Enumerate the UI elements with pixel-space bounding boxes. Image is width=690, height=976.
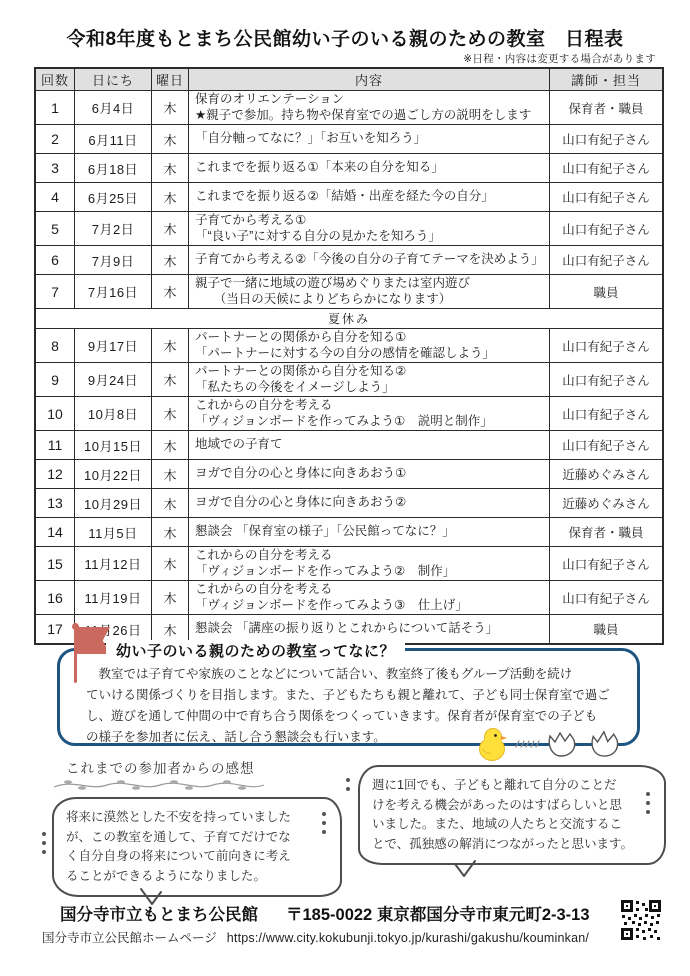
session-number: 9 xyxy=(35,363,75,397)
session-date: 10月22日 xyxy=(75,460,152,489)
session-weekday: 木 xyxy=(152,397,189,431)
session-date: 6月18日 xyxy=(75,154,152,183)
session-date: 9月17日 xyxy=(75,329,152,363)
flag-icon xyxy=(74,627,77,683)
table-row: 1611月19日木これからの自分を考える 「ヴィジョンボードを作ってみよう③ 仕… xyxy=(35,581,663,615)
session-date: 6月25日 xyxy=(75,183,152,212)
session-content: 地域での子育て xyxy=(189,431,550,460)
session-content: 子育てから考える① 「“良い子”に対する自分の見かたを知ろう」 xyxy=(189,212,550,246)
session-weekday: 木 xyxy=(152,246,189,275)
table-row: 36月18日木これまでを振り返る①「本来の自分を知る」山口有紀子さん xyxy=(35,154,663,183)
bubble-dots xyxy=(646,792,650,814)
session-content: 子育てから考える②「今後の自分の子育てテーマを決めよう」 xyxy=(189,246,550,275)
session-number: 13 xyxy=(35,489,75,518)
footer-homepage-line: 国分寺市立公民館ホームページhttps://www.city.kokubunji… xyxy=(42,928,589,946)
session-teacher: 保育者・職員 xyxy=(550,91,664,125)
table-row: 1210月22日木ヨガで自分の心と身体に向きあおう①近藤めぐみさん xyxy=(35,460,663,489)
session-content: 懇談会 「保育室の様子」「公民館ってなに？」 xyxy=(189,518,550,547)
session-content: 「自分軸ってなに？」「お互いを知ろう」 xyxy=(189,125,550,154)
table-header-row: 回数 日にち 曜日 内容 講師・担当 xyxy=(35,68,663,91)
session-teacher: 山口有紀子さん xyxy=(550,154,664,183)
table-row: 1110月15日木地域での子育て山口有紀子さん xyxy=(35,431,663,460)
table-row: 57月2日木子育てから考える① 「“良い子”に対する自分の見かたを知ろう」山口有… xyxy=(35,212,663,246)
chick-footprints-icon xyxy=(515,739,541,749)
session-content: 保育のオリエンテーション ★親子で参加。持ち物や保育室での過ごし方の説明をします xyxy=(189,91,550,125)
schedule-table: 回数 日にち 曜日 内容 講師・担当 16月4日木保育のオリエンテーション ★親… xyxy=(34,67,664,645)
summer-break-row: 夏休み xyxy=(35,309,663,329)
table-row: 46月25日木これまでを振り返る②「結婚・出産を経た今の自分」山口有紀子さん xyxy=(35,183,663,212)
eggshell-icon xyxy=(546,724,628,758)
schedule-change-note: ※日程・内容は変更する場合があります xyxy=(463,51,656,66)
session-weekday: 木 xyxy=(152,91,189,125)
session-weekday: 木 xyxy=(152,431,189,460)
session-teacher: 近藤めぐみさん xyxy=(550,460,664,489)
session-teacher: 山口有紀子さん xyxy=(550,547,664,581)
table-row: 1411月5日木懇談会 「保育室の様子」「公民館ってなに？」保育者・職員 xyxy=(35,518,663,547)
session-number: 12 xyxy=(35,460,75,489)
session-content: ヨガで自分の心と身体に向きあおう① xyxy=(189,460,550,489)
schedule-table-body: 16月4日木保育のオリエンテーション ★親子で参加。持ち物や保育室での過ごし方の… xyxy=(35,91,663,645)
session-teacher: 山口有紀子さん xyxy=(550,246,664,275)
bubble-dots xyxy=(322,812,326,834)
session-number: 6 xyxy=(35,246,75,275)
session-weekday: 木 xyxy=(152,547,189,581)
vine-decoration xyxy=(52,776,267,794)
session-number: 14 xyxy=(35,518,75,547)
session-date: 10月29日 xyxy=(75,489,152,518)
session-content: これからの自分を考える 「ヴィジョンボードを作ってみよう① 説明と制作」 xyxy=(189,397,550,431)
testimonials-heading: これまでの参加者からの感想 xyxy=(66,757,255,777)
facility-address: 〒185-0022 東京都国分寺市東元町2-3-13 xyxy=(286,906,590,924)
session-content: ヨガで自分の心と身体に向きあおう② xyxy=(189,489,550,518)
chick-icon xyxy=(478,727,510,761)
session-date: 11月19日 xyxy=(75,581,152,615)
session-weekday: 木 xyxy=(152,329,189,363)
session-content: パートナーとの関係から自分を知る① 「パートナーに対する今の自分の感情を確認しよ… xyxy=(189,329,550,363)
bubble-dots xyxy=(42,832,46,854)
session-weekday: 木 xyxy=(152,154,189,183)
session-weekday: 木 xyxy=(152,275,189,309)
session-number: 16 xyxy=(35,581,75,615)
session-date: 7月16日 xyxy=(75,275,152,309)
session-number: 8 xyxy=(35,329,75,363)
header-count: 回数 xyxy=(35,68,75,91)
table-row: 99月24日木パートナーとの関係から自分を知る② 「私たちの今後をイメージしよう… xyxy=(35,363,663,397)
session-date: 9月24日 xyxy=(75,363,152,397)
session-weekday: 木 xyxy=(152,363,189,397)
about-box: 幼い子のいる親のための教室ってなに？ 教室では子育てや家族のことなどについて話合… xyxy=(57,648,640,746)
session-date: 11月12日 xyxy=(75,547,152,581)
session-weekday: 木 xyxy=(152,212,189,246)
session-weekday: 木 xyxy=(152,518,189,547)
bubble-dots xyxy=(346,778,350,791)
header-teacher: 講師・担当 xyxy=(550,68,664,91)
session-teacher: 山口有紀子さん xyxy=(550,125,664,154)
session-number: 4 xyxy=(35,183,75,212)
session-date: 7月9日 xyxy=(75,246,152,275)
session-teacher: 保育者・職員 xyxy=(550,518,664,547)
header-content: 内容 xyxy=(189,68,550,91)
page-title: 令和8年度もとまち公民館幼い子のいる親のための教室 日程表 xyxy=(0,24,690,51)
session-weekday: 木 xyxy=(152,489,189,518)
session-number: 15 xyxy=(35,547,75,581)
homepage-url: https://www.city.kokubunji.tokyo.jp/kura… xyxy=(227,931,589,945)
summer-break-label: 夏休み xyxy=(35,309,663,329)
session-date: 6月4日 xyxy=(75,91,152,125)
session-content: 親子で一緒に地域の遊び場めぐりまたは室内遊び （当日の天候によりどちらかになりま… xyxy=(189,275,550,309)
session-number: 3 xyxy=(35,154,75,183)
session-date: 7月2日 xyxy=(75,212,152,246)
session-content: これからの自分を考える 「ヴィジョンボードを作ってみよう② 制作」 xyxy=(189,547,550,581)
session-weekday: 木 xyxy=(152,183,189,212)
table-row: 1010月8日木これからの自分を考える 「ヴィジョンボードを作ってみよう① 説明… xyxy=(35,397,663,431)
session-number: 1 xyxy=(35,91,75,125)
session-teacher: 山口有紀子さん xyxy=(550,183,664,212)
session-date: 6月11日 xyxy=(75,125,152,154)
session-content: これからの自分を考える 「ヴィジョンボードを作ってみよう③ 仕上げ」 xyxy=(189,581,550,615)
header-weekday: 曜日 xyxy=(152,68,189,91)
qr-code xyxy=(620,899,662,941)
session-teacher: 山口有紀子さん xyxy=(550,329,664,363)
header-date: 日にち xyxy=(75,68,152,91)
footer-facility-line: 国分寺市立もとまち公民館〒185-0022 東京都国分寺市東元町2-3-13 xyxy=(60,901,590,925)
session-number: 11 xyxy=(35,431,75,460)
testimonial-bubble-2: 週に1回でも、子どもと離れて自分のことだ けを考える機会があったのはすばらしいと… xyxy=(358,765,666,865)
bubble-tail-right xyxy=(452,858,478,880)
session-teacher: 山口有紀子さん xyxy=(550,431,664,460)
session-teacher: 山口有紀子さん xyxy=(550,397,664,431)
session-teacher: 職員 xyxy=(550,275,664,309)
facility-name: 国分寺市立もとまち公民館 xyxy=(60,906,258,924)
table-row: 67月9日木子育てから考える②「今後の自分の子育てテーマを決めよう」山口有紀子さ… xyxy=(35,246,663,275)
session-number: 5 xyxy=(35,212,75,246)
session-content: これまでを振り返る①「本来の自分を知る」 xyxy=(189,154,550,183)
session-teacher: 山口有紀子さん xyxy=(550,363,664,397)
session-number: 2 xyxy=(35,125,75,154)
session-number: 10 xyxy=(35,397,75,431)
homepage-label: 国分寺市立公民館ホームページ xyxy=(42,931,217,945)
session-content: これまでを振り返る②「結婚・出産を経た今の自分」 xyxy=(189,183,550,212)
session-weekday: 木 xyxy=(152,125,189,154)
testimonial-bubble-1: 将来に漠然とした不安を持っていました が、この教室を通して、子育てだけでな く自… xyxy=(52,797,342,897)
session-teacher: 山口有紀子さん xyxy=(550,212,664,246)
session-weekday: 木 xyxy=(152,460,189,489)
about-box-title: 幼い子のいる親のための教室ってなに？ xyxy=(106,640,405,661)
table-row: 26月11日木「自分軸ってなに？」「お互いを知ろう」山口有紀子さん xyxy=(35,125,663,154)
session-content: パートナーとの関係から自分を知る② 「私たちの今後をイメージしよう」 xyxy=(189,363,550,397)
session-weekday: 木 xyxy=(152,581,189,615)
session-teacher: 職員 xyxy=(550,615,664,645)
session-number: 7 xyxy=(35,275,75,309)
session-date: 10月8日 xyxy=(75,397,152,431)
table-row: 1511月12日木これからの自分を考える 「ヴィジョンボードを作ってみよう② 制… xyxy=(35,547,663,581)
session-date: 11月5日 xyxy=(75,518,152,547)
session-teacher: 近藤めぐみさん xyxy=(550,489,664,518)
table-row: 89月17日木パートナーとの関係から自分を知る① 「パートナーに対する今の自分の… xyxy=(35,329,663,363)
session-number: 17 xyxy=(35,615,75,645)
session-teacher: 山口有紀子さん xyxy=(550,581,664,615)
table-row: 1310月29日木ヨガで自分の心と身体に向きあおう②近藤めぐみさん xyxy=(35,489,663,518)
table-row: 77月16日木親子で一緒に地域の遊び場めぐりまたは室内遊び （当日の天候によりど… xyxy=(35,275,663,309)
session-date: 10月15日 xyxy=(75,431,152,460)
table-row: 16月4日木保育のオリエンテーション ★親子で参加。持ち物や保育室での過ごし方の… xyxy=(35,91,663,125)
